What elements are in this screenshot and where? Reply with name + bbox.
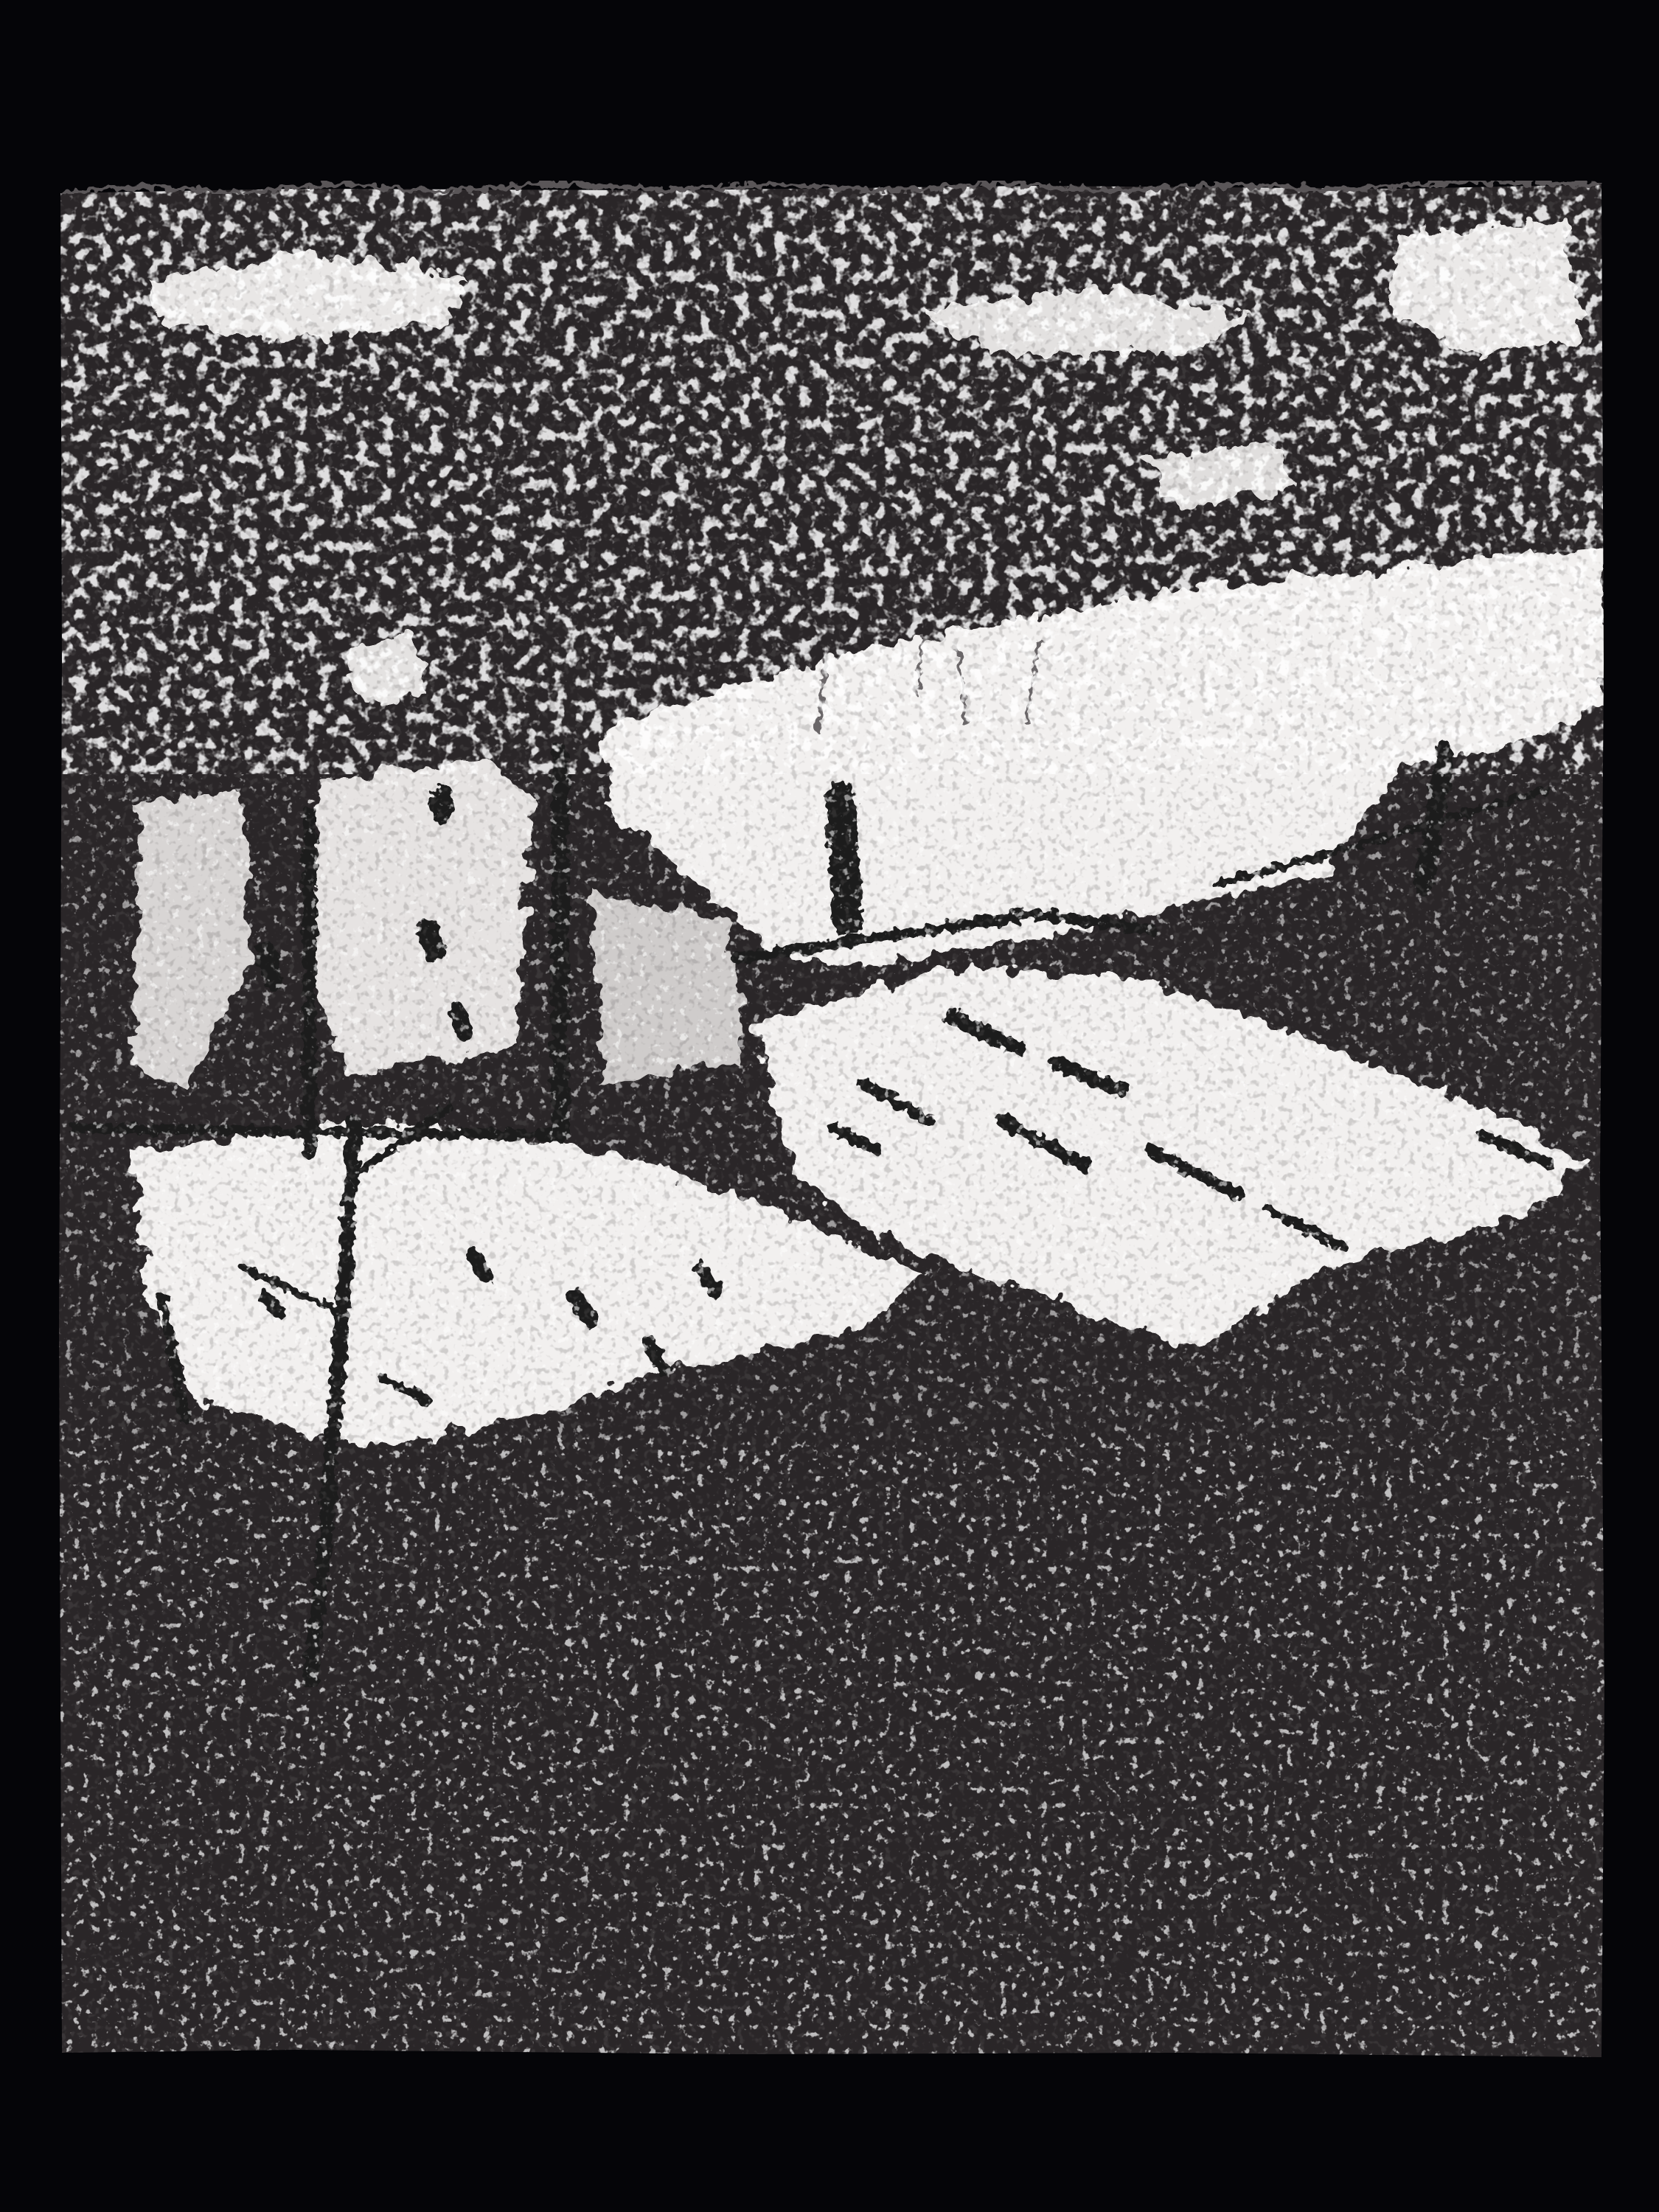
light-area-grain bbox=[44, 184, 1622, 2065]
paper-sheet bbox=[44, 170, 1622, 2072]
artwork-photograph bbox=[0, 0, 1659, 2212]
